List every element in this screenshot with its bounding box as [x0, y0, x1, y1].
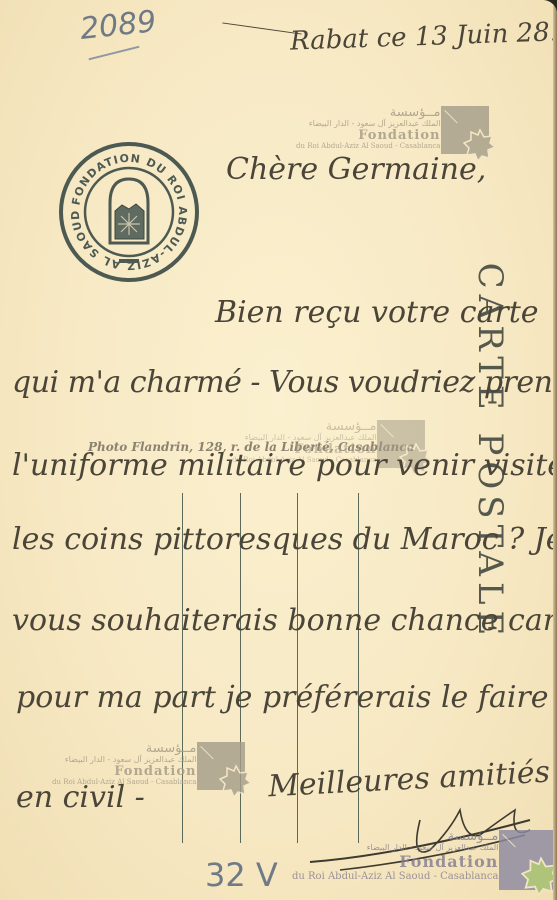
- postcard-back: 2089 Rabat ce 13 Juin 28. FONDATION DU R…: [0, 0, 557, 900]
- archive-number: 2089: [78, 4, 158, 47]
- watermark-name: Fondation: [296, 129, 440, 143]
- salutation: Chère Germaine,: [226, 152, 486, 187]
- folio-mark: 32 V: [205, 856, 278, 894]
- letter-line-5: vous souhaiterais bonne chance car: [12, 603, 557, 638]
- letter-line-3: l'uniforme militaire pour venir visiter: [12, 448, 557, 483]
- foundation-logo-icon: [197, 742, 245, 790]
- foundation-logo-icon: [499, 830, 557, 890]
- letter-line-6: pour ma part je préférerais le faire: [16, 680, 549, 715]
- dateline: Rabat ce 13 Juin 28.: [290, 17, 557, 56]
- watermark-bottom: مــؤسسة الملك عبدالعزيز آل سعود - الدار …: [292, 830, 557, 890]
- foundation-stamp: FONDATION DU ROI ABDUL-AZIZ AL SAOUD: [58, 141, 200, 283]
- watermark-subtitle: du Roi Abdul-Aziz Al Saoud - Casablanca: [296, 143, 440, 151]
- letter-line-4: les coins pittoresques du Maroc ? Je: [12, 522, 557, 557]
- watermark-name: Fondation: [292, 853, 498, 871]
- watermark-name: Fondation: [52, 765, 196, 779]
- watermark-top: مــؤسسة الملك عبدالعزيز آل سعود - الدار …: [296, 106, 489, 154]
- letter-line-1: Bien reçu votre carte: [215, 295, 539, 330]
- letter-line-7: en civil -: [16, 780, 145, 815]
- archive-number-underline: [89, 46, 140, 61]
- letter-line-2: qui m'a charmé - Vous voudriez prendre: [12, 365, 557, 400]
- watermark-subtitle: du Roi Abdul-Aziz Al Saoud - Casablanca: [292, 871, 498, 882]
- foundation-logo-icon: [441, 106, 489, 154]
- closing: Meilleures amitiés: [267, 755, 551, 805]
